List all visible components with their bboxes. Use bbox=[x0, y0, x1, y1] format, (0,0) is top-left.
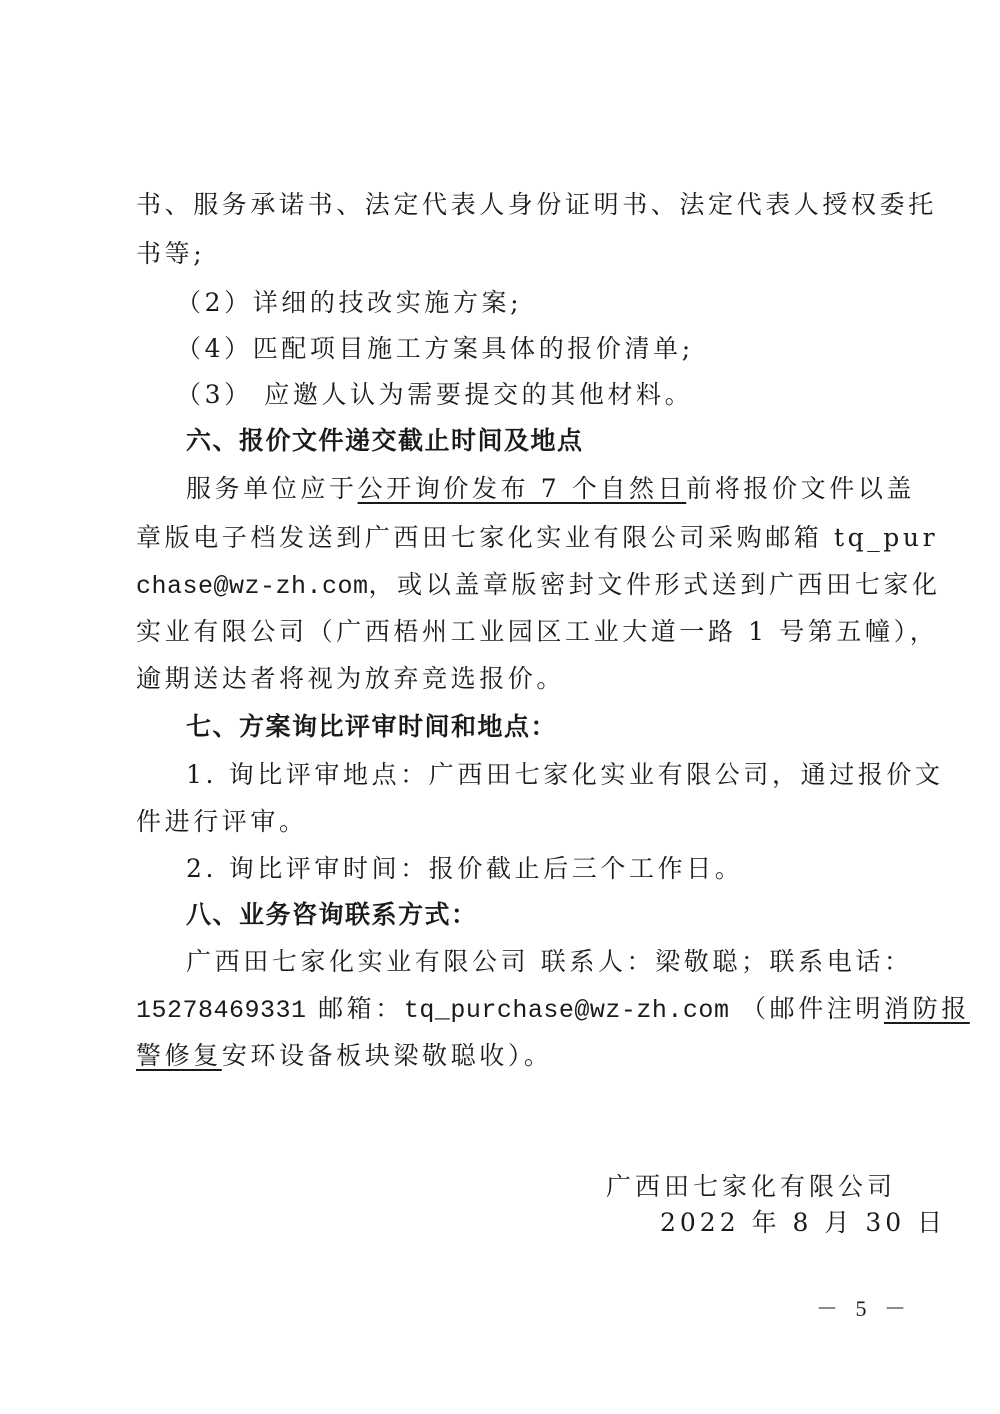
underlined-deadline: 公开询价发布 7 个自然日 bbox=[358, 474, 687, 503]
page-number: － 5 － bbox=[816, 1296, 912, 1322]
paragraph-line: 15278469331 邮箱：tq_purchase@wz-zh.com （邮件… bbox=[136, 994, 970, 1026]
signature-date: 2022 年 8 月 30 日 bbox=[660, 1208, 946, 1238]
section-heading-7: 七、方案询比评审时间和地点： bbox=[186, 712, 557, 742]
paragraph-line: 服务单位应于公开询价发布 7 个自然日前将报价文件以盖 bbox=[186, 474, 915, 504]
paragraph-line: 警修复安环设备板块梁敬聪收）。 bbox=[136, 1041, 553, 1071]
signature-company: 广西田七家化有限公司 bbox=[606, 1172, 896, 1202]
list-item: （4）匹配项目施工方案具体的报价清单; bbox=[176, 334, 694, 364]
email-text: chase@wz-zh.com bbox=[136, 572, 369, 601]
list-item-continuation: 件进行评审。 bbox=[136, 807, 308, 837]
body-line: 书等; bbox=[136, 239, 205, 269]
list-item: 2. 询比评审时间：报价截止后三个工作日。 bbox=[186, 854, 743, 884]
text-span: 安环设备板块梁敬聪收）。 bbox=[222, 1041, 553, 1070]
text-span: （邮件注明 bbox=[729, 994, 884, 1023]
list-item: （3） 应邀人认为需要提交的其他材料。 bbox=[176, 380, 693, 410]
paragraph-line: chase@wz-zh.com，或以盖章版密封文件形式送到广西田七家化 bbox=[136, 570, 941, 602]
underlined-text: 消防报 bbox=[884, 994, 970, 1023]
phone-number: 15278469331 bbox=[136, 996, 307, 1025]
paragraph-line: 广西田七家化实业有限公司 联系人：梁敬聪；联系电话： bbox=[186, 947, 913, 977]
text-span: 服务单位应于 bbox=[186, 474, 358, 503]
underlined-text: 警修复 bbox=[136, 1041, 222, 1070]
text-span: ，或以盖章版密封文件形式送到广西田七家化 bbox=[369, 570, 941, 599]
section-heading-6: 六、报价文件递交截止时间及地点 bbox=[186, 426, 584, 456]
list-item: （2）详细的技改实施方案; bbox=[176, 288, 522, 318]
text-span: 邮箱： bbox=[307, 994, 404, 1023]
body-line: 书、服务承诺书、法定代表人身份证明书、法定代表人授权委托 bbox=[136, 190, 937, 220]
list-item: 1. 询比评审地点：广西田七家化实业有限公司，通过报价文 bbox=[186, 760, 944, 790]
paragraph-line: 章版电子档发送到广西田七家化实业有限公司采购邮箱 tq_pur bbox=[136, 523, 938, 553]
email-text: tq_purchase@wz-zh.com bbox=[404, 996, 730, 1025]
section-heading-8: 八、业务咨询联系方式： bbox=[186, 900, 478, 930]
paragraph-line: 实业有限公司（广西梧州工业园区工业大道一路 1 号第五幢）， bbox=[136, 617, 938, 647]
paragraph-line: 逾期送达者将视为放弃竞选报价。 bbox=[136, 664, 565, 694]
text-span: 前将报价文件以盖 bbox=[686, 474, 915, 503]
